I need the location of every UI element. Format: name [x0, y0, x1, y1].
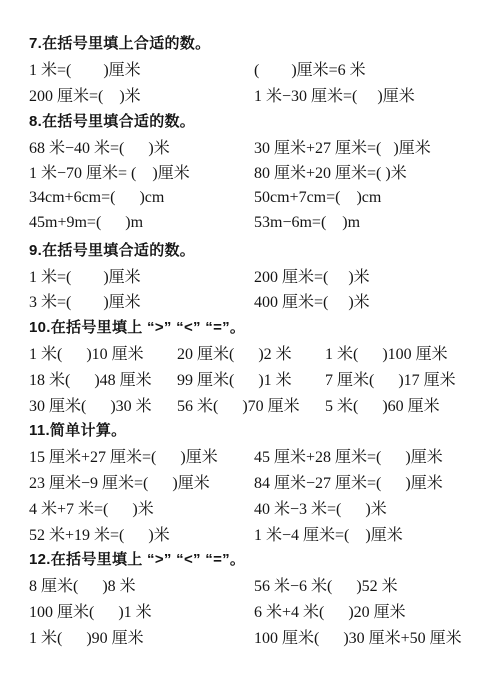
problem-cell: 3 米=( )厘米	[29, 289, 254, 312]
problem-cell: 53m−6m=( )m	[254, 214, 486, 232]
problem-cell: 45 厘米+28 厘米=( )厘米	[254, 444, 486, 467]
problem-cell: 52 米+19 米=( )米	[29, 522, 254, 545]
problem-cell: 40 米−3 米=( )米	[254, 496, 486, 519]
section-12-header: 12.在括号里填上 “>” “<” “=”。	[29, 546, 486, 572]
problem-cell: 6 米+4 米( )20 厘米	[254, 599, 486, 622]
problem-cell: 20 厘米( )2 米	[177, 341, 325, 364]
section-12-row-1: 8 厘米( )8 米 56 米−6 米( )52 米	[29, 572, 486, 598]
problem-cell: 84 厘米−27 厘米=( )厘米	[254, 470, 486, 493]
section-11-row-1: 15 厘米+27 厘米=( )厘米 45 厘米+28 厘米=( )厘米	[29, 443, 486, 469]
problem-cell: 1 米( )100 厘米	[325, 341, 486, 364]
problem-cell: 99 厘米( )1 米	[177, 367, 325, 390]
section-10-row-1: 1 米( )10 厘米 20 厘米( )2 米 1 米( )100 厘米	[29, 340, 486, 366]
section-9-row-2: 3 米=( )厘米 400 厘米=( )米	[29, 288, 486, 314]
problem-cell: 8 厘米( )8 米	[29, 573, 254, 596]
section-8-row-4: 45m+9m=( )m 53m−6m=( )m	[29, 211, 486, 237]
section-8-row-2: 1 米−70 厘米= ( )厘米 80 厘米+20 厘米=( )米	[29, 159, 486, 185]
problem-cell: 30 厘米+27 厘米=( )厘米	[254, 135, 486, 158]
problem-cell: 1 米−70 厘米= ( )厘米	[29, 160, 254, 183]
problem-cell: 15 厘米+27 厘米=( )厘米	[29, 444, 254, 467]
section-8-row-1: 68 米−40 米=( )米 30 厘米+27 厘米=( )厘米	[29, 133, 486, 159]
problem-cell: 1 米=( )厘米	[29, 57, 254, 80]
section-10-row-3: 30 厘米( )30 米 56 米( )70 厘米 5 米( )60 厘米	[29, 391, 486, 417]
section-12-row-3: 1 米( )90 厘米 100 厘米( )30 厘米+50 厘米	[29, 623, 486, 649]
problem-cell: 200 厘米=( )米	[29, 83, 254, 106]
problem-cell: 4 米+7 米=( )米	[29, 496, 254, 519]
problem-cell: 30 厘米( )30 米	[29, 393, 177, 416]
problem-cell: 1 米=( )厘米	[29, 264, 254, 287]
problem-cell: 1 米−4 厘米=( )厘米	[254, 522, 486, 545]
problem-cell: 80 厘米+20 厘米=( )米	[254, 160, 486, 183]
problem-cell: 34cm+6cm=( )cm	[29, 189, 254, 207]
section-10-header: 10.在括号里填上 “>” “<” “=”。	[29, 314, 486, 340]
problem-cell: 100 厘米( )30 厘米+50 厘米	[254, 625, 486, 648]
problem-cell: ( )厘米=6 米	[254, 57, 486, 80]
section-8-header: 8.在括号里填合适的数。	[29, 107, 486, 133]
problem-cell: 45m+9m=( )m	[29, 214, 254, 232]
problem-cell: 56 米( )70 厘米	[177, 393, 325, 416]
section-7-row-1: 1 米=( )厘米 ( )厘米=6 米	[29, 56, 486, 82]
section-11-row-4: 52 米+19 米=( )米 1 米−4 厘米=( )厘米	[29, 520, 486, 546]
problem-cell: 1 米( )10 厘米	[29, 341, 177, 364]
problem-cell: 1 米( )90 厘米	[29, 625, 254, 648]
worksheet-page: 7.在括号里填上合适的数。 1 米=( )厘米 ( )厘米=6 米 200 厘米…	[0, 0, 500, 693]
problem-cell: 56 米−6 米( )52 米	[254, 573, 486, 596]
problem-cell: 100 厘米( )1 米	[29, 599, 254, 622]
problem-cell: 68 米−40 米=( )米	[29, 135, 254, 158]
section-12-row-2: 100 厘米( )1 米 6 米+4 米( )20 厘米	[29, 598, 486, 624]
section-9-header: 9.在括号里填合适的数。	[29, 236, 486, 262]
problem-cell: 18 米( )48 厘米	[29, 367, 177, 390]
section-11-row-3: 4 米+7 米=( )米 40 米−3 米=( )米	[29, 494, 486, 520]
problem-cell: 1 米−30 厘米=( )厘米	[254, 83, 486, 106]
section-9-row-1: 1 米=( )厘米 200 厘米=( )米	[29, 262, 486, 288]
section-7-row-2: 200 厘米=( )米 1 米−30 厘米=( )厘米	[29, 82, 486, 108]
problem-cell: 7 厘米( )17 厘米	[325, 367, 486, 390]
section-7-header: 7.在括号里填上合适的数。	[29, 30, 486, 56]
section-8-row-3: 34cm+6cm=( )cm 50cm+7cm=( )cm	[29, 185, 486, 211]
section-10-row-2: 18 米( )48 厘米 99 厘米( )1 米 7 厘米( )17 厘米	[29, 365, 486, 391]
section-11-row-2: 23 厘米−9 厘米=( )厘米 84 厘米−27 厘米=( )厘米	[29, 469, 486, 495]
problem-cell: 400 厘米=( )米	[254, 289, 486, 312]
section-11-header: 11.简单计算。	[29, 417, 486, 443]
problem-cell: 5 米( )60 厘米	[325, 393, 486, 416]
problem-cell: 50cm+7cm=( )cm	[254, 189, 486, 207]
problem-cell: 23 厘米−9 厘米=( )厘米	[29, 470, 254, 493]
problem-cell: 200 厘米=( )米	[254, 264, 486, 287]
